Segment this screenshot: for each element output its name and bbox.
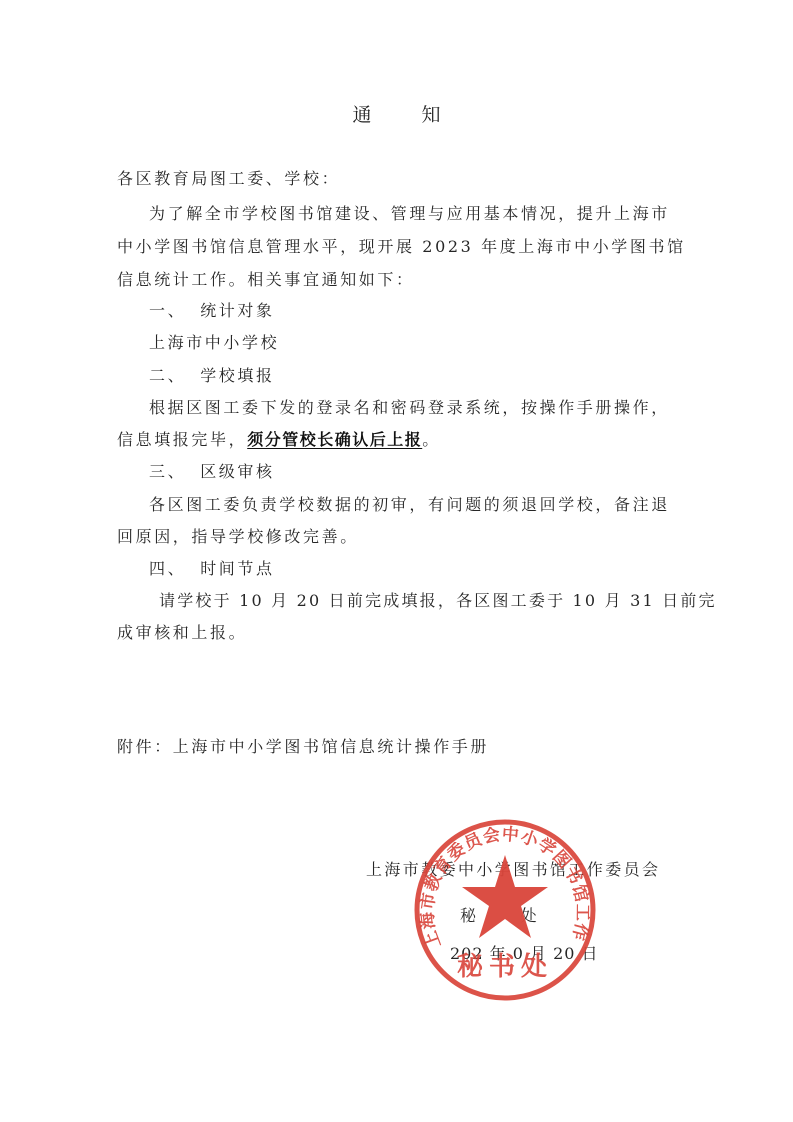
- attachment-link: 附件：上海市中小学图书馆信息统计操作手册: [117, 737, 489, 757]
- section-3-body-line-2: 回原因，指导学校修改完善。: [117, 527, 359, 547]
- section-2-prefix: 信息填报完毕，: [117, 430, 247, 449]
- section-4-number: 四、: [149, 559, 186, 578]
- section-2-number: 二、: [149, 366, 186, 385]
- signature-organization: 上海市教委中小学图书馆工作委员会: [366, 860, 660, 880]
- signature-date: 202 年 0 月 20 日: [450, 944, 599, 964]
- page-title: 通知: [0, 103, 793, 127]
- section-1-heading: 一、统计对象: [149, 301, 275, 321]
- section-2-title: 学校填报: [200, 366, 274, 385]
- section-4-body-line-1: 请学校于 10 月 20 日前完成填报，各区图工委于 10 月 31 日前完: [159, 591, 717, 611]
- intro-line-3: 信息统计工作。相关事宜通知如下：: [117, 270, 415, 290]
- signature-dept-right: 处: [521, 906, 540, 925]
- section-2-body-line-2: 信息填报完毕，须分管校长确认后上报。: [117, 430, 441, 450]
- svg-text:上海市教育委员会中小学图书馆工作委员会: 上海市教育委员会中小学图书馆工作委员会: [412, 817, 593, 951]
- section-1-title: 统计对象: [200, 301, 274, 320]
- section-4-body-line-2: 成审核和上报。: [117, 623, 247, 643]
- title-char-2: 知: [422, 103, 441, 127]
- section-4-heading: 四、时间节点: [149, 559, 275, 579]
- title-char-1: 通: [352, 103, 371, 127]
- salutation: 各区教育局图工委、学校：: [117, 169, 340, 189]
- section-4-title: 时间节点: [200, 559, 274, 578]
- emphasis-principal-confirm: 须分管校长确认后上报: [247, 430, 422, 449]
- intro-line-2: 中小学图书馆信息管理水平，现开展 2023 年度上海市中小学图书馆: [117, 237, 686, 257]
- section-1-number: 一、: [149, 301, 186, 320]
- document-page: 通知 各区教育局图工委、学校： 为了解全市学校图书馆建设、管理与应用基本情况，提…: [0, 0, 793, 1122]
- intro-line-1: 为了解全市学校图书馆建设、管理与应用基本情况，提升上海市: [149, 204, 670, 224]
- section-2-heading: 二、学校填报: [149, 366, 275, 386]
- section-3-title: 区级审核: [200, 462, 274, 481]
- signature-department: 秘处: [460, 906, 539, 926]
- section-3-body-line-1: 各区图工委负责学校数据的初审，有问题的须退回学校，备注退: [149, 495, 670, 515]
- section-2-body-line-1: 根据区图工委下发的登录名和密码登录系统，按操作手册操作，: [149, 398, 670, 418]
- section-3-heading: 三、区级审核: [149, 462, 275, 482]
- section-1-body: 上海市中小学校: [149, 333, 279, 353]
- section-3-number: 三、: [149, 462, 186, 481]
- signature-dept-left: 秘: [460, 906, 479, 925]
- section-2-suffix: 。: [422, 430, 441, 449]
